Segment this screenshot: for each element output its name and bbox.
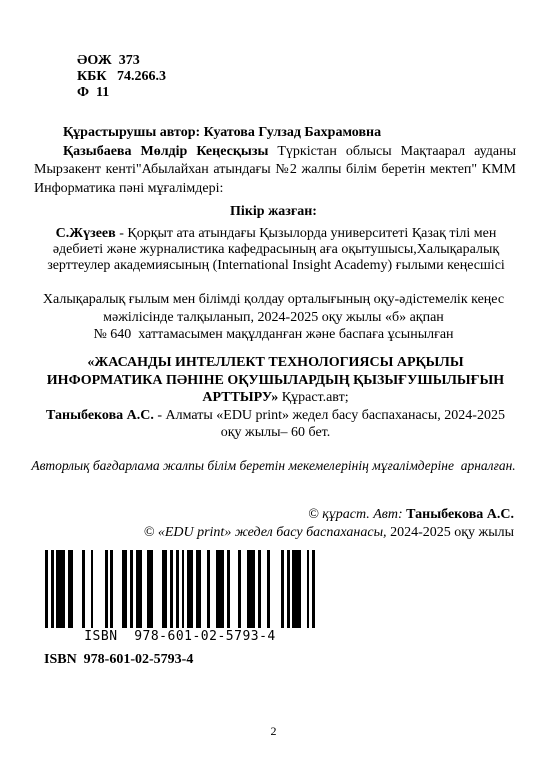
copyright-block: © құраст. Авт: Таныбекова А.С. © «EDU pr…	[100, 506, 514, 541]
book-title-suffix: Құраст.авт;	[278, 390, 348, 405]
book-author: Таныбекова А.С.	[46, 408, 154, 423]
reviewer-description: - Қорқыт ата атындағы Қызылорда универси…	[47, 226, 505, 273]
audience-note: Авторлық бағдарлама жалпы білім беретін …	[0, 458, 547, 474]
approval-line: № 640 хаттамасымен мақұлданған және басп…	[0, 326, 547, 344]
book-title: «ЖАСАНДЫ ИНТЕЛЛЕКТ ТЕХНОЛОГИЯСЫ АРҚЫЛЫ И…	[47, 355, 504, 405]
copyright-author-name: Таныбекова А.С.	[406, 507, 514, 522]
page-number: 2	[0, 724, 547, 739]
approval-line: Халықаралық ғылым мен білімді қолдау орт…	[0, 291, 547, 309]
lbc-code: КБК 74.266.3	[77, 69, 166, 85]
classification-codes: ӘОЖ 373 КБК 74.266.3 Ф 11	[77, 53, 166, 101]
copyright-author-line: © құраст. Авт: Таныбекова А.С.	[100, 506, 514, 524]
compiler-teachers-line: Қазыбаева Мөлдір Кеңесқызы Түркістан обл…	[34, 143, 516, 199]
compiler-author-line: Құрастырушы автор: Куатова Гулзад Бахрам…	[34, 124, 516, 143]
isbn-text-line: ISBN 978-601-02-5793-4	[44, 652, 193, 668]
udc-code: ӘОЖ 373	[77, 53, 166, 69]
copyright-publisher-line: © «EDU print» жедел басу баспаханасы, 20…	[100, 524, 514, 542]
reviewer-name: С.Жүзеев	[56, 226, 116, 241]
barcode-module	[312, 550, 315, 628]
compiler-name: Қазыбаева Мөлдір Кеңесқызы	[63, 144, 268, 159]
book-title-block: «ЖАСАНДЫ ИНТЕЛЛЕКТ ТЕХНОЛОГИЯСЫ АРҚЫЛЫ И…	[40, 354, 511, 442]
compilers-block: Құрастырушы автор: Куатова Гулзад Бахрам…	[34, 124, 516, 198]
barcode-human-readable: ISBN 978-601-02-5793-4	[45, 629, 315, 644]
reviewer-block: С.Жүзеев - Қорқыт ата атындағы Қызылорда…	[36, 226, 516, 274]
author-sign-code: Ф 11	[77, 85, 166, 101]
barcode-bars	[45, 550, 315, 628]
reviewer-heading: Пікір жазған:	[0, 204, 547, 220]
copyright-year: 2024-2025 оқу жылы	[390, 525, 514, 540]
copyright-author-prefix: © құраст. Авт:	[308, 507, 406, 522]
approval-line: мәжілісінде талқыланып, 2024-2025 оқу жы…	[0, 309, 547, 327]
approval-block: Халықаралық ғылым мен білімді қолдау орт…	[0, 291, 547, 344]
book-imprint: - Алматы «EDU print» жедел басу баспахан…	[154, 408, 505, 441]
copyright-publisher: © «EDU print» жедел басу баспаханасы,	[144, 525, 390, 540]
isbn-barcode: ISBN 978-601-02-5793-4	[45, 550, 315, 644]
